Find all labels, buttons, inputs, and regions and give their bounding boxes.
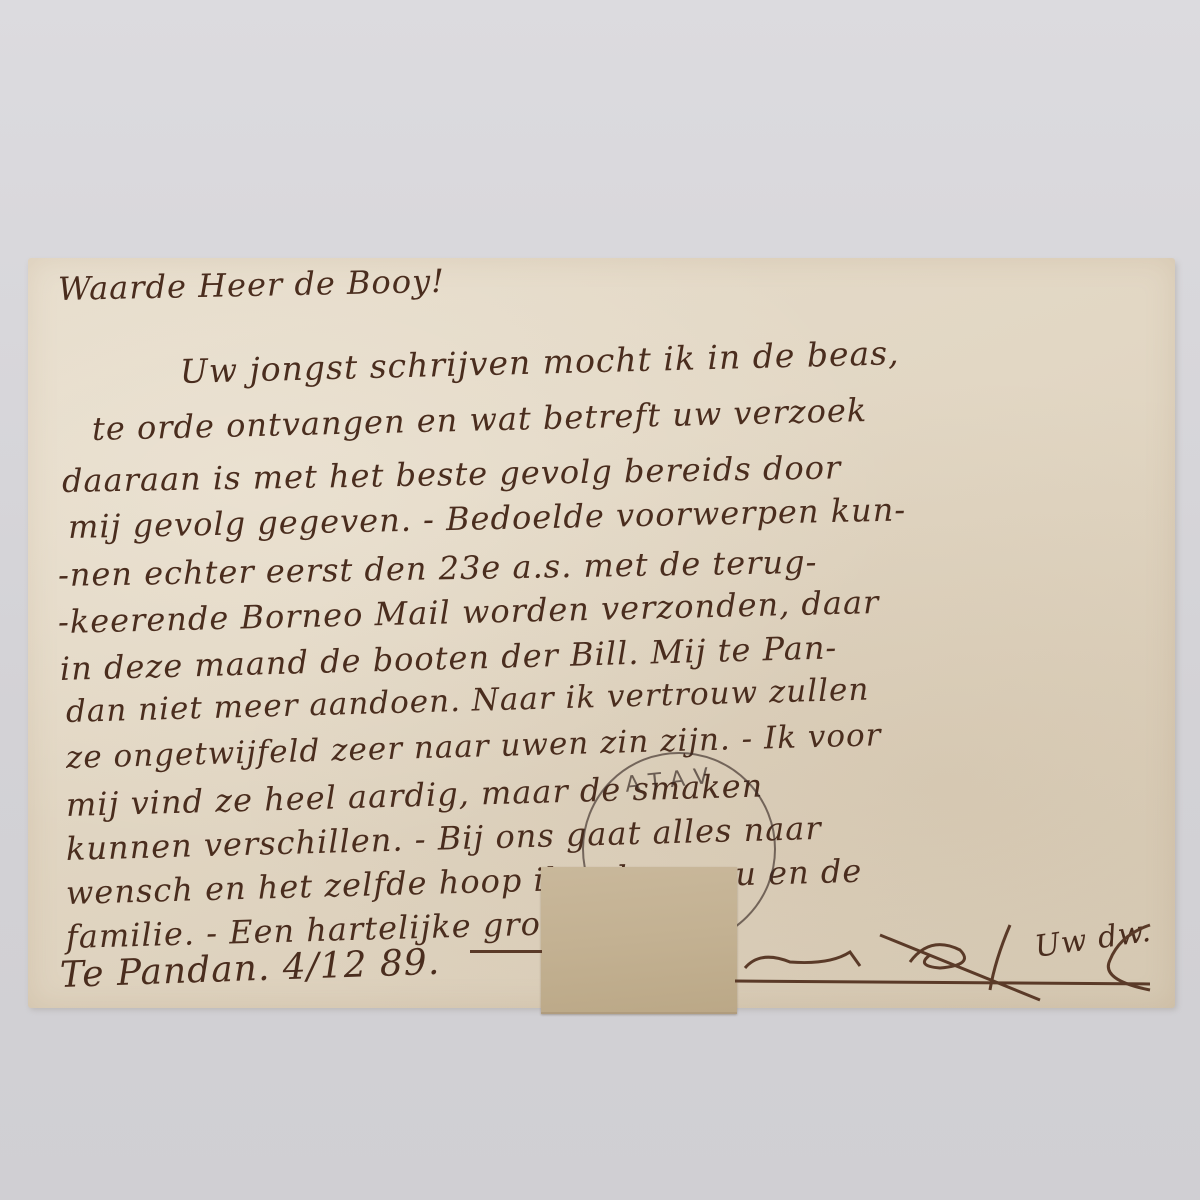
signature-flourish [0,0,1200,1200]
